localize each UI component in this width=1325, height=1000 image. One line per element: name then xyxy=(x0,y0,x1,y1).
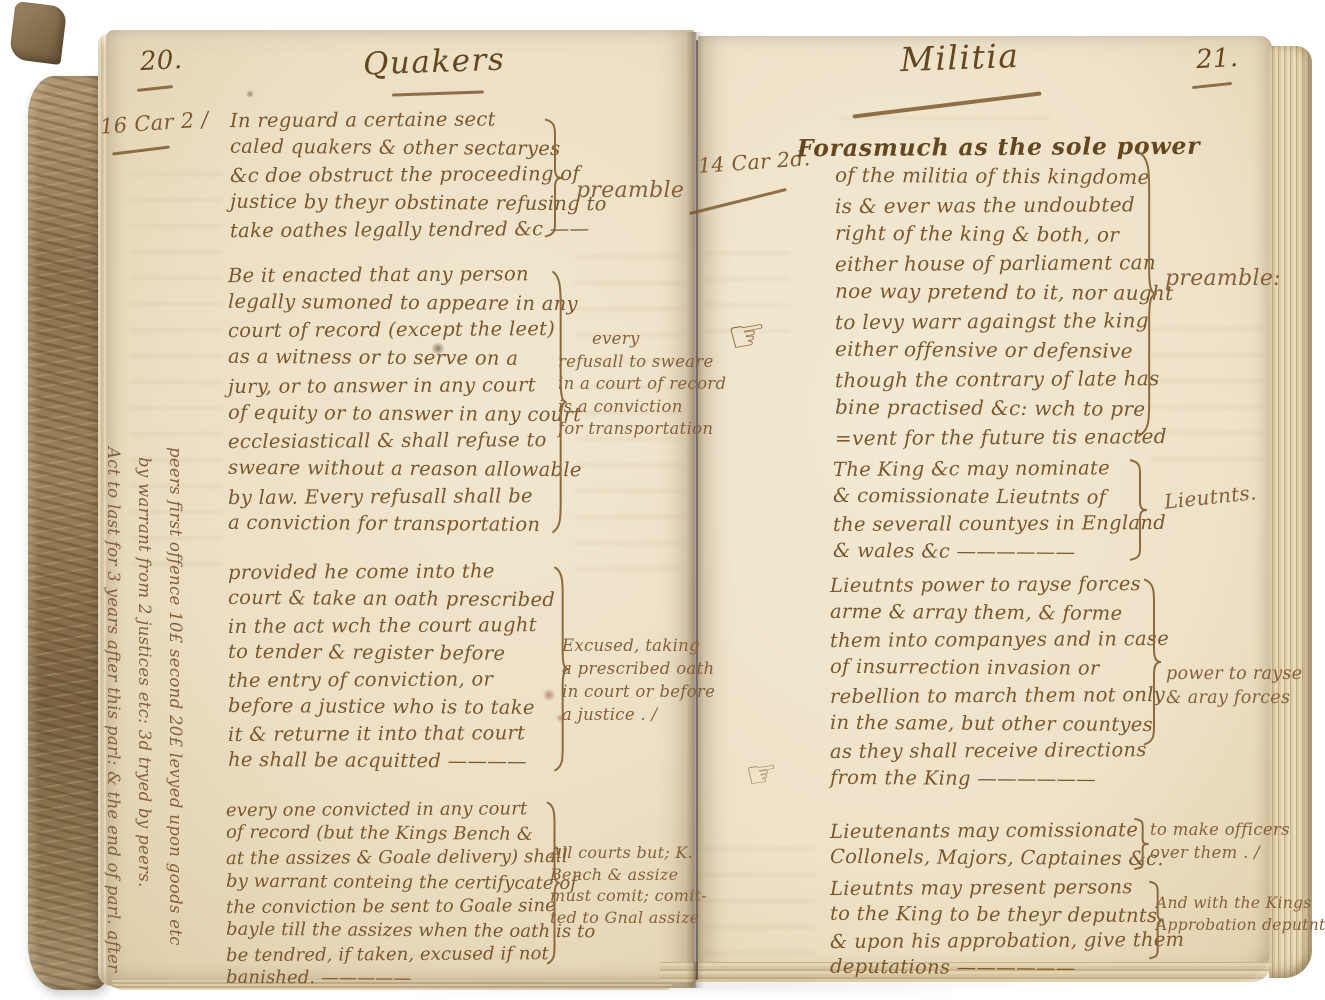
text-line: ecclesiasticall & shall refuse to xyxy=(228,426,582,456)
text-line: a justice . / xyxy=(562,703,715,726)
text-line: for transportation xyxy=(558,418,726,441)
text-line: of insurrection invasion or xyxy=(830,653,1169,683)
manicule-pointing-hand-icon: ☞ xyxy=(743,752,781,797)
text-line: must comit; comit- xyxy=(550,885,707,907)
paragraph-proviso-left: provided he come into thecourt & take an… xyxy=(228,558,555,774)
page-number-left: 20. xyxy=(139,45,183,77)
text-line: Lieutnts power to rayse forces xyxy=(830,570,1169,600)
margin-note: And with the KingsApprobation deputnts xyxy=(1156,892,1325,936)
text-line: Lieutnts may present persons xyxy=(830,874,1185,903)
text-line: & upon his approbation, give them xyxy=(830,927,1185,956)
paragraph-conviction-left: every one convicted in any courtof recor… xyxy=(226,798,595,992)
paragraph-commission-officers-right: Lieutenants may comissionateCollonels, M… xyxy=(830,817,1164,871)
text-line: to make officers xyxy=(1150,818,1290,841)
text-line: Approbation deputnts xyxy=(1156,914,1325,936)
text-line: Collonels, Majors, Captaines &c. xyxy=(830,843,1164,872)
text-line: a conviction for transportation xyxy=(228,509,582,539)
brace xyxy=(1126,458,1150,562)
text-line: by warrant conteing the certifycate of xyxy=(226,869,595,896)
text-line: arme & array them, & forme xyxy=(830,598,1169,628)
text-line: deputations —————— xyxy=(830,954,1185,983)
text-line: preamble: xyxy=(1165,266,1281,291)
text-line: refusall to sweare xyxy=(558,351,726,374)
text-line: bayle till the assizes when the oath is … xyxy=(226,918,595,945)
text-line: is a conviction xyxy=(558,396,726,419)
margin-note: to make officersover them . / xyxy=(1150,818,1290,864)
text-line: as they shall receive directions xyxy=(830,736,1169,766)
text-line: And with the Kings xyxy=(1156,892,1325,914)
text-line: in a court of record xyxy=(558,373,726,396)
text-line: Excused, taking xyxy=(562,634,715,657)
book-gutter-line xyxy=(696,40,698,980)
text-line: & comissionate Lieutnts of xyxy=(833,481,1166,511)
bleedthrough-texture xyxy=(700,845,815,980)
margin-note: All courts but; K.Bench & assizemust com… xyxy=(550,842,707,928)
text-line: & aray forces xyxy=(1166,686,1302,710)
brace xyxy=(1140,576,1164,748)
paragraph-raise-forces-right: Lieutnts power to rayse forcesarme & arr… xyxy=(830,571,1169,793)
text-line: a prescribed oath xyxy=(562,657,715,680)
page-number-right: 21. xyxy=(1195,43,1239,75)
text-line: it & returne it into that court xyxy=(228,719,555,748)
text-line: to the King to be theyr deputnts xyxy=(830,900,1185,929)
text-line: banished. ————— xyxy=(226,966,595,993)
text-line: in the act wch the court aught xyxy=(228,611,555,640)
text-line: every xyxy=(592,328,726,351)
text-line: power to rayse xyxy=(1166,662,1302,686)
text-line: Act to last for 3 years after this parl:… xyxy=(98,447,129,1000)
text-line: every one convicted in any court xyxy=(226,797,595,823)
text-line: by warrant from 2 justices etc: 3d tryed… xyxy=(129,457,160,1000)
text-line: as a witness or to serve on a xyxy=(228,343,582,373)
margin-note: Excused, takinga prescribed oathin court… xyxy=(562,634,715,726)
text-line: be tendred, if taken, excused if not xyxy=(226,942,595,968)
text-line: the entry of conviction, or xyxy=(228,665,555,694)
text-line: of record (but the Kings Bench & xyxy=(226,821,595,848)
page-title-left: Quakers xyxy=(362,42,505,83)
text-line: the severall countyes in England xyxy=(833,509,1166,539)
brace xyxy=(541,117,565,239)
text-line: by law. Every refusall shall be xyxy=(228,482,582,512)
text-line: he shall be acquitted ———— xyxy=(228,746,555,775)
text-line: of equity or to answer in any court xyxy=(228,398,582,428)
text-line: & wales &c —————— xyxy=(833,536,1166,566)
margin-note: everyrefusall to swearein a court of rec… xyxy=(558,328,726,441)
brace xyxy=(1134,146,1160,442)
text-line: sweare without a reason allowable xyxy=(228,454,582,484)
manuscript-book-photo: 20. Quakers 16 Car 2 / In reguard a cert… xyxy=(0,0,1325,1000)
text-line: rebellion to march them not only xyxy=(830,681,1169,711)
text-line: Lieutenants may comissionate xyxy=(830,816,1164,845)
brace xyxy=(1131,818,1151,870)
text-line: Be it enacted that any person xyxy=(228,260,582,290)
text-line: at the assizes & Goale delivery) shall xyxy=(226,845,595,871)
margin-note: preamble: xyxy=(1165,266,1281,291)
ink-dot xyxy=(246,90,254,98)
cover-corner xyxy=(9,1,68,65)
text-line: before a justice who is to take xyxy=(228,692,555,721)
text-line: the conviction be sent to Goale sine xyxy=(226,894,595,920)
book-spine xyxy=(28,76,108,990)
vertical-margin-note: peers first offence 10£ second 20£ levye… xyxy=(98,447,191,1000)
text-line: preamble xyxy=(576,178,684,203)
text-line: in court or before xyxy=(562,680,715,703)
text-line: ted to Gnal assize xyxy=(550,907,707,929)
text-line: over them . / xyxy=(1150,841,1290,864)
paragraph-deputies-right: Lieutnts may present personsto the King … xyxy=(830,875,1184,981)
text-line: Bench & assize xyxy=(550,864,707,886)
text-line: court of record (except the leet) xyxy=(228,315,582,345)
paragraph-enacting-left: Be it enacted that any personlegally sum… xyxy=(228,261,582,538)
text-line: from the King —————— xyxy=(830,764,1169,794)
text-line: peers first offence 10£ second 20£ levye… xyxy=(160,447,191,1000)
paragraph-lieutenants-right: The King &c may nominate& comissionate L… xyxy=(833,455,1166,565)
text-line: The King &c may nominate xyxy=(833,454,1166,484)
text-line: legally sumoned to appeare in any xyxy=(228,287,582,317)
page-title-right: Militia xyxy=(899,36,1020,79)
text-line: jury, or to answer in any court xyxy=(228,371,582,401)
margin-note: power to rayse& aray forces xyxy=(1166,662,1302,710)
text-line: to tender & register before xyxy=(228,638,555,667)
text-line: in the same, but other countyes xyxy=(830,708,1169,738)
margin-note: preamble xyxy=(576,178,684,203)
text-line: court & take an oath prescribed xyxy=(228,584,555,613)
text-line: provided he come into the xyxy=(228,557,555,586)
text-line: All courts but; K. xyxy=(550,842,707,864)
text-line: them into companyes and in case xyxy=(830,625,1169,655)
